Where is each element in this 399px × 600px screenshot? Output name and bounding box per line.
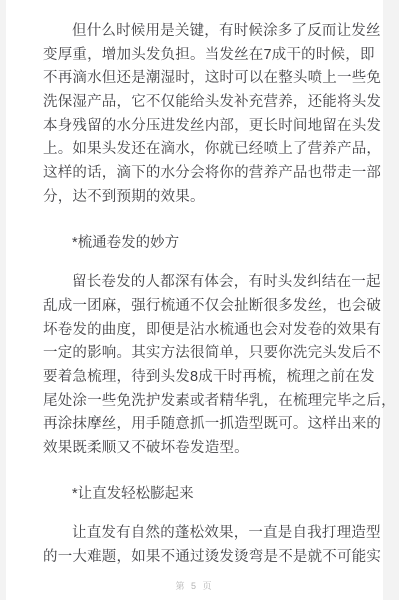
section-heading: *梳通卷发的妙方 [43, 232, 371, 256]
text-line: 留长卷发的人都深有体会，有时头发纠结在一起 [43, 271, 371, 295]
text-line: 上。如果头发还在滴水，你就已经喷上了营养产品， [43, 138, 371, 162]
text-line: 一定的影响。其实方法很简单，只要你洗完头发后不 [43, 342, 371, 366]
page-content: 但什么时候用是关键，有时候涂多了反而让发丝 变厚重，增加头发负担。当发丝在7成干… [6, 0, 383, 570]
reader-screen: { "document": { "background_color": "#f3… [0, 0, 399, 600]
text-line: 再涂抹摩丝，用手随意抓一抓造型既可。这样出来的 [43, 413, 371, 437]
paragraph: 留长卷发的人都深有体会，有时头发纠结在一起 乱成一团麻，强行梳通不仅会扯断很多发… [43, 271, 371, 461]
text-line: 变厚重，增加头发负担。当发丝在7成干的时候，即 [43, 44, 371, 68]
text-line: 乱成一团麻，强行梳通不仅会扯断很多发丝，也会破 [43, 295, 371, 319]
text-line: 要着急梳理，待到头发8成干时再梳，梳理之前在发 [43, 366, 371, 390]
text-line: 不再滴水但还是潮湿时，这时可以在整头喷上一些免 [43, 67, 371, 91]
paragraph: 但什么时候用是关键，有时候涂多了反而让发丝 变厚重，增加头发负担。当发丝在7成干… [43, 20, 371, 210]
text-line: 坏卷发的曲度，即便是沾水梳通也会对发卷的效果有 [43, 319, 371, 343]
text-line: 尾处涂一些免洗护发素或者精华乳，在梳理完毕之后， [43, 390, 371, 414]
text-line: 洗保湿产品，它不仅能给头发补充营养，还能将头发 [43, 91, 371, 115]
page-number: 第 5 页 [6, 579, 383, 592]
document-page: 但什么时候用是关键，有时候涂多了反而让发丝 变厚重，增加头发负担。当发丝在7成干… [6, 0, 383, 600]
text-line: 分，达不到预期的效果。 [43, 186, 371, 210]
section-heading: *让直发轻松膨起来 [43, 483, 371, 507]
text-line: 的一大难题，如果不通过烫发烫弯是不是就不可能实 [43, 546, 371, 570]
text-line: 让直发有自然的蓬松效果，一直是自我打理造型 [43, 522, 371, 546]
text-line: 但什么时候用是关键，有时候涂多了反而让发丝 [43, 20, 371, 44]
text-line: 这样的话，滴下的水分会将你的营养产品也带走一部 [43, 162, 371, 186]
text-line: 效果既柔顺又不破坏卷发造型。 [43, 437, 371, 461]
paragraph: 让直发有自然的蓬松效果，一直是自我打理造型 的一大难题，如果不通过烫发烫弯是不是… [43, 522, 371, 569]
text-line: 本身残留的水分压进发丝内部，更长时间地留在头发 [43, 115, 371, 139]
